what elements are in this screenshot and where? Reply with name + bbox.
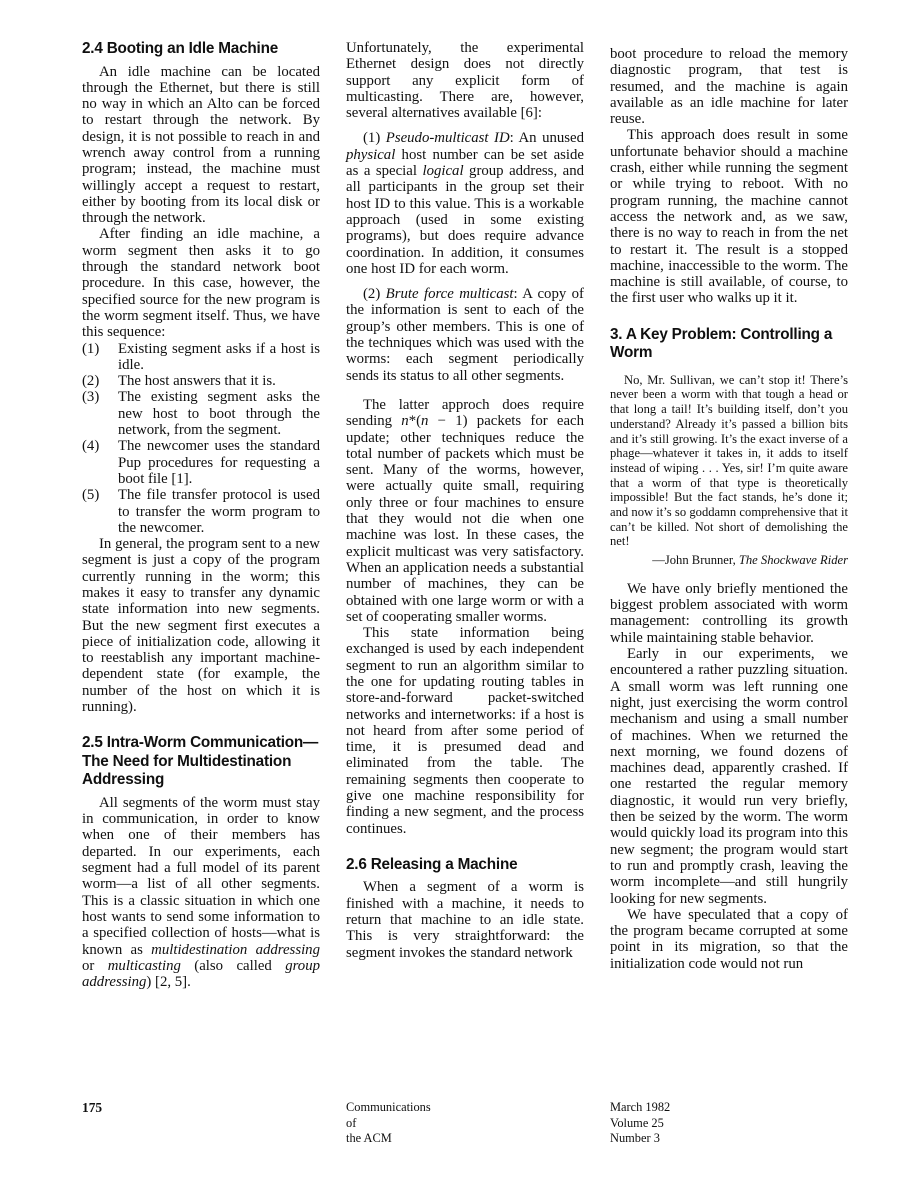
paragraph: boot procedure to reload the memory diag… bbox=[610, 46, 848, 127]
text-run: (2) bbox=[363, 286, 386, 302]
list-item: (2) The host answers that it is. bbox=[82, 373, 320, 389]
italic-text-run: multicasting bbox=[108, 958, 181, 974]
paragraph: We have speculated that a copy of the pr… bbox=[610, 907, 848, 972]
issue-info: March 1982 Volume 25 Number 3 bbox=[610, 1100, 848, 1147]
journal-page: 2.4 Booting an Idle Machine An idle mach… bbox=[0, 0, 918, 1188]
list-item: (5) The file transfer protocol is used t… bbox=[82, 487, 320, 536]
paragraph: In general, the program sent to a new se… bbox=[82, 536, 320, 715]
quote-attribution: —John Brunner, The Shockwave Rider bbox=[610, 553, 848, 568]
paragraph: All segments of the worm must stay in co… bbox=[82, 795, 320, 991]
paragraph: When a segment of a worm is finished wit… bbox=[346, 879, 584, 960]
journal-name-line: Communications bbox=[346, 1100, 584, 1116]
italic-text-run: Brute force multicast bbox=[386, 286, 514, 302]
list-item: (4) The newcomer uses the standard Pup p… bbox=[82, 438, 320, 487]
italic-text-run: multidestination addressing bbox=[151, 942, 320, 958]
list-item-text: The existing segment asks the new host t… bbox=[118, 389, 320, 438]
footer-left: 175 bbox=[82, 1100, 320, 1147]
column-1: 2.4 Booting an Idle Machine An idle mach… bbox=[82, 40, 320, 990]
list-item: (1) Existing segment asks if a host is i… bbox=[82, 341, 320, 374]
paragraph: This state information being exchanged i… bbox=[346, 625, 584, 837]
list-item-number: (5) bbox=[82, 487, 118, 536]
paragraph: This approach does result in some unfort… bbox=[610, 127, 848, 306]
italic-text-run: The Shockwave Rider bbox=[739, 553, 848, 567]
list-item-number: (2) bbox=[82, 373, 118, 389]
section-heading-2-4: 2.4 Booting an Idle Machine bbox=[82, 40, 320, 59]
section-heading-3: 3. A Key Problem: Controlling a Worm bbox=[610, 326, 848, 363]
text-run: (also called bbox=[181, 958, 285, 974]
issue-info-line: Volume 25 bbox=[610, 1116, 848, 1132]
paragraph: An idle machine can be located through t… bbox=[82, 64, 320, 227]
issue-info-line: March 1982 bbox=[610, 1100, 848, 1116]
list-item-text: The file transfer protocol is used to tr… bbox=[118, 487, 320, 536]
list-item-text: The newcomer uses the standard Pup proce… bbox=[118, 438, 320, 487]
issue-info-line: Number 3 bbox=[610, 1131, 848, 1147]
section-heading-2-6: 2.6 Releasing a Machine bbox=[346, 856, 584, 875]
article-columns: 2.4 Booting an Idle Machine An idle mach… bbox=[82, 40, 848, 990]
journal-name-line: the ACM bbox=[346, 1131, 584, 1147]
journal-name: Communications of the ACM bbox=[346, 1100, 584, 1147]
list-item-number: (3) bbox=[82, 389, 118, 438]
text-run: *( bbox=[409, 413, 421, 429]
text-run: All segments of the worm must stay in co… bbox=[82, 795, 320, 958]
text-run: : An unused bbox=[510, 130, 584, 146]
paragraph: (2) Brute force multicast: A copy of the… bbox=[346, 286, 584, 384]
paragraph: After finding an idle machine, a worm se… bbox=[82, 226, 320, 340]
section-heading-2-5: 2.5 Intra-Worm Communication—The Need fo… bbox=[82, 734, 320, 790]
epigraph-quote: No, Mr. Sullivan, we can’t stop it! Ther… bbox=[610, 373, 848, 549]
italic-text-run: n bbox=[401, 413, 408, 429]
paragraph: Unfortunately, the experimental Ethernet… bbox=[346, 40, 584, 121]
column-3: boot procedure to reload the memory diag… bbox=[610, 40, 848, 990]
text-run: or bbox=[82, 958, 108, 974]
text-run: ) [2, 5]. bbox=[146, 974, 190, 990]
paragraph: Early in our experiments, we encountered… bbox=[610, 646, 848, 907]
journal-name-line: of bbox=[346, 1116, 584, 1132]
page-footer: 175 Communications of the ACM March 1982… bbox=[82, 1100, 848, 1147]
list-item-number: (4) bbox=[82, 438, 118, 487]
text-run: group address, and all participants in t… bbox=[346, 163, 584, 277]
list-item: (3) The existing segment asks the new ho… bbox=[82, 389, 320, 438]
text-run: (1) bbox=[363, 130, 386, 146]
paragraph: We have only briefly mentioned the bigge… bbox=[610, 581, 848, 646]
paragraph: (1) Pseudo-multicast ID: An unused physi… bbox=[346, 130, 584, 277]
paragraph: The latter approch does require sending … bbox=[346, 397, 584, 625]
text-run: − 1) packets for each update; other tech… bbox=[346, 413, 584, 625]
list-item-text: The host answers that it is. bbox=[118, 373, 320, 389]
column-2: Unfortunately, the experimental Ethernet… bbox=[346, 40, 584, 990]
list-item-number: (1) bbox=[82, 341, 118, 374]
boot-sequence-list: (1) Existing segment asks if a host is i… bbox=[82, 341, 320, 537]
italic-text-run: logical bbox=[422, 163, 463, 179]
page-number: 175 bbox=[82, 1100, 102, 1115]
list-item-text: Existing segment asks if a host is idle. bbox=[118, 341, 320, 374]
text-run: —John Brunner, bbox=[652, 553, 739, 567]
italic-text-run: physical bbox=[346, 147, 395, 163]
italic-text-run: Pseudo-multicast ID bbox=[386, 130, 510, 146]
